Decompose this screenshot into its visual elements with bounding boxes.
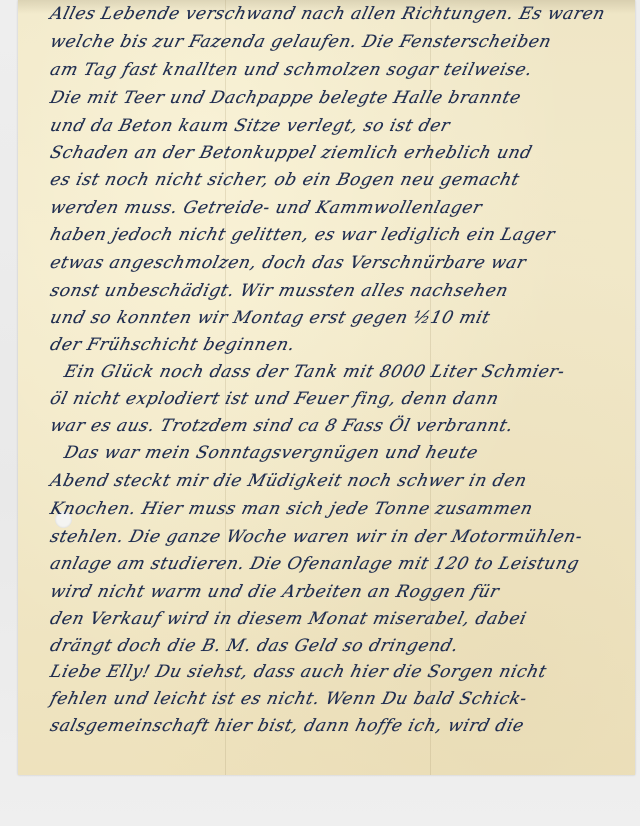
text-line: werden muss. Getreide- und Kammwollenlag… — [48, 198, 484, 218]
text-line: drängt doch die B. M. das Geld so dringe… — [48, 636, 461, 656]
text-line: etwas angeschmolzen, doch das Verschnürb… — [48, 253, 528, 273]
text-line: salsgemeinschaft hier bist, dann hoffe i… — [48, 716, 526, 736]
text-line: Ein Glück noch dass der Tank mit 8000 Li… — [62, 362, 567, 382]
text-line: anlage am studieren. Die Ofenanlage mit … — [48, 554, 581, 574]
text-line: der Frühschicht beginnen. — [48, 335, 297, 355]
text-line: es ist noch nicht sicher, ob ein Bogen n… — [48, 170, 522, 190]
letter-page: Alles Lebende verschwand nach allen Rich… — [18, 0, 635, 775]
text-line: war es aus. Trotzdem sind ca 8 Fass Öl v… — [48, 416, 516, 436]
text-line: Schaden an der Betonkuppel ziemlich erhe… — [48, 143, 534, 163]
text-line: fehlen und leicht ist es nicht. Wenn Du … — [48, 689, 529, 709]
text-line: Liebe Elly! Du siehst, dass auch hier di… — [48, 662, 549, 682]
text-line: den Verkauf wird in diesem Monat miserab… — [48, 609, 529, 629]
text-line: Abend steckt mir die Müdigkeit noch schw… — [48, 471, 529, 491]
text-line: Alles Lebende verschwand nach allen Rich… — [48, 4, 607, 24]
text-line: Knochen. Hier muss man sich jede Tonne z… — [48, 499, 535, 519]
text-line: am Tag fast knallten und schmolzen sogar… — [48, 60, 535, 80]
text-line: haben jedoch nicht gelitten, es war ledi… — [48, 225, 557, 245]
text-line: stehlen. Die ganze Woche waren wir in de… — [48, 527, 585, 547]
text-line: sonst unbeschädigt. Wir mussten alles na… — [48, 281, 510, 301]
text-line: Die mit Teer und Dachpappe belegte Halle… — [48, 88, 523, 108]
text-line: und so konnten wir Montag erst gegen ½10… — [48, 308, 492, 328]
text-line: und da Beton kaum Sitze verlegt, so ist … — [48, 116, 452, 136]
text-line: öl nicht explodiert ist und Feuer fing, … — [48, 389, 501, 409]
text-line: welche bis zur Fazenda gelaufen. Die Fen… — [48, 32, 554, 52]
text-line: Das war mein Sonntagsvergnügen und heute — [62, 443, 480, 463]
text-line: wird nicht warm und die Arbeiten an Rogg… — [48, 582, 501, 602]
